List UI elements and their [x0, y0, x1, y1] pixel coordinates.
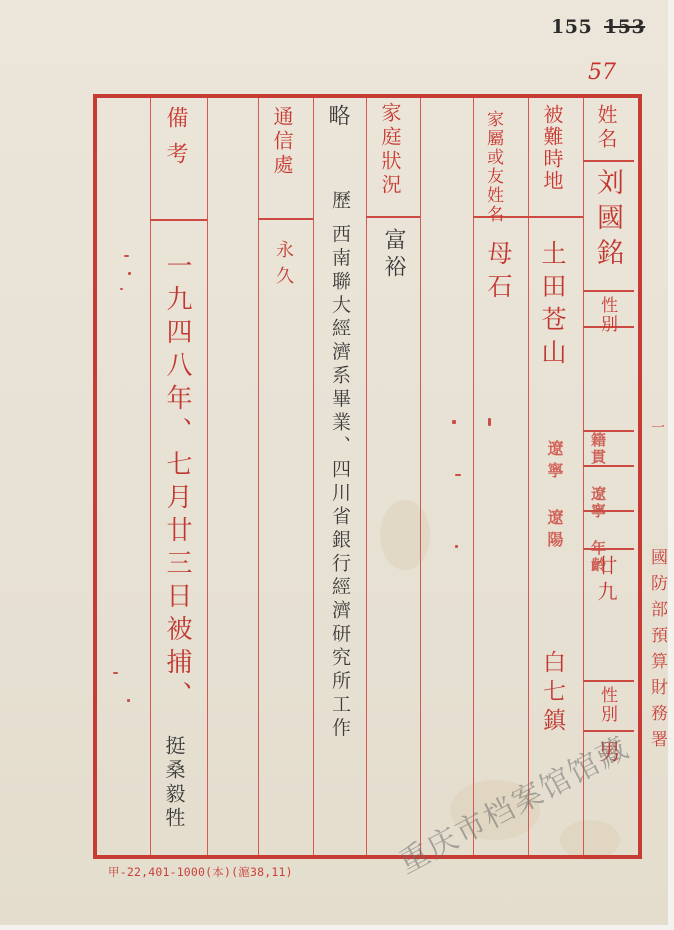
ink-speck: [488, 418, 491, 426]
ink-speck: [455, 545, 458, 548]
label-remarks: 備考: [164, 106, 186, 178]
header-rule: [583, 680, 634, 682]
label-family-contact: 家屬或友姓名: [484, 110, 501, 224]
page-edge: [0, 925, 674, 930]
ink-speck: [124, 255, 129, 257]
page-edge: [668, 0, 674, 930]
side-title: 國防部預算財務署: [648, 548, 665, 756]
value-experience: 西南聯大經濟系畢業、四川省銀行經濟研究所工作: [330, 224, 349, 741]
native-place-age-stamp: 籍貫 遼寧 年齡: [590, 432, 605, 574]
column-rule: [528, 98, 529, 855]
page-number: 155: [551, 16, 592, 38]
value-remarks: 一九四八年、七月廿三日被捕、: [164, 252, 190, 714]
header-rule: [583, 160, 634, 162]
header-rule: [150, 219, 207, 221]
value-current-location: 永久: [274, 240, 292, 292]
native-place-red-column: 遼寧 遼陽: [546, 440, 562, 553]
column-rule: [207, 98, 208, 855]
value-family-status: 富裕: [382, 228, 404, 282]
label-gender: 性別: [598, 296, 615, 334]
label-experience-fragment: 略: [326, 104, 348, 131]
value-arrest-place: 土田苍山: [540, 240, 565, 372]
ink-speck: [120, 288, 123, 290]
label-experience-fragment: 歷: [330, 190, 349, 215]
column-rule: [258, 98, 259, 855]
column-rule: [473, 98, 474, 855]
label-arrest-place: 被難時地: [542, 104, 562, 192]
struck-page-number: 153: [604, 16, 645, 38]
ink-speck: [452, 420, 456, 424]
header-rule: [583, 290, 634, 292]
value-family-contact: 母石: [486, 240, 511, 306]
header-rule: [258, 218, 313, 220]
ink-speck: [128, 272, 131, 275]
label-family-status: 家庭狀況: [380, 102, 400, 198]
side-mark: 一: [650, 420, 664, 443]
value-birthplace: 白七鎮: [540, 650, 563, 737]
header-rule: [366, 216, 420, 218]
column-rule: [420, 98, 421, 855]
label-name: 姓名: [596, 104, 616, 152]
value-name: 刘國銘: [594, 168, 621, 273]
ink-speck: [113, 672, 118, 674]
red-folio-number: 57: [588, 60, 616, 85]
label-current-location: 通信處: [272, 106, 292, 178]
pencil-note: 挺桑毅牲: [164, 735, 184, 831]
column-rule: [313, 98, 314, 855]
column-rule: [366, 98, 367, 855]
value-age: 廿九: [596, 555, 616, 607]
column-rule: [150, 98, 151, 855]
gender-stamp: 性別: [598, 686, 615, 724]
ink-speck: [127, 699, 130, 702]
form-print-code: 甲-22,401-1000(本)(滬38,11): [108, 864, 293, 880]
ink-speck: [455, 474, 461, 476]
